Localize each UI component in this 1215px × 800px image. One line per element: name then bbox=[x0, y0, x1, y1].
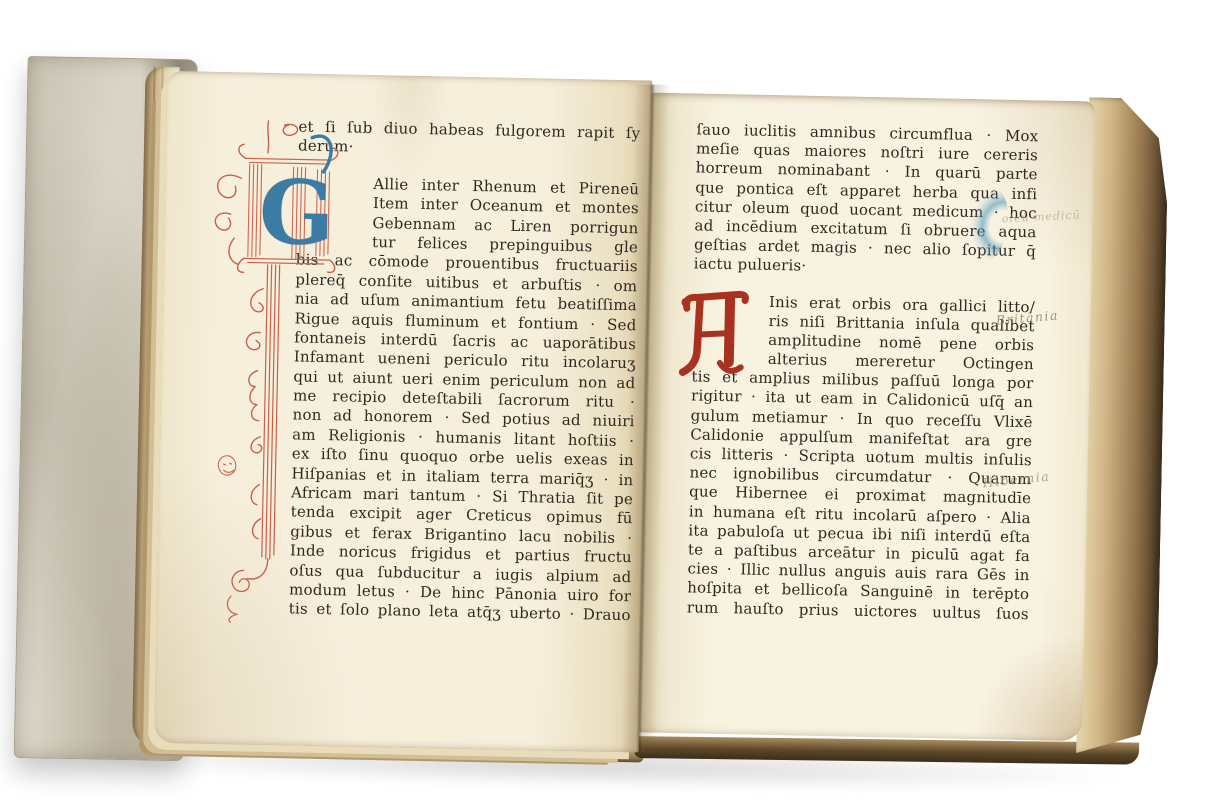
right-body-lines: tis et amplius milibus paſſuū longa porr… bbox=[687, 368, 1034, 624]
illuminated-initial-F-lombard bbox=[677, 287, 755, 385]
left-page: et ſi ſub diuo habeas fulgorem rapit ſyd… bbox=[154, 71, 652, 753]
left-paragraph-gallia: G Allie inter Rhenum et PireneūItem inte… bbox=[289, 173, 640, 626]
photograph-background: et ſi ſub diuo habeas fulgorem rapit ſyd… bbox=[0, 0, 1215, 800]
right-page: oleū medicū Britānia Hibernia ſauo iucli… bbox=[639, 93, 1095, 742]
open-incunabulum-book: et ſi ſub diuo habeas fulgorem rapit ſyd… bbox=[14, 46, 1180, 789]
illuminated-initial-G: G bbox=[241, 168, 353, 262]
left-page-text-column: et ſi ſub diuo habeas fulgorem rapit ſyd… bbox=[289, 117, 641, 626]
marginal-note-oleum: oleū medicū bbox=[1002, 208, 1082, 225]
right-paragraph-finis: Inis erat orbis ora gallici litto/ris ni… bbox=[687, 291, 1035, 624]
left-intro-lines: et ſi ſub diuo habeas fulgorem rapit ſyd… bbox=[298, 117, 641, 163]
left-body-lines: bis ac cōmode prouentibus fructuariisple… bbox=[289, 251, 638, 626]
